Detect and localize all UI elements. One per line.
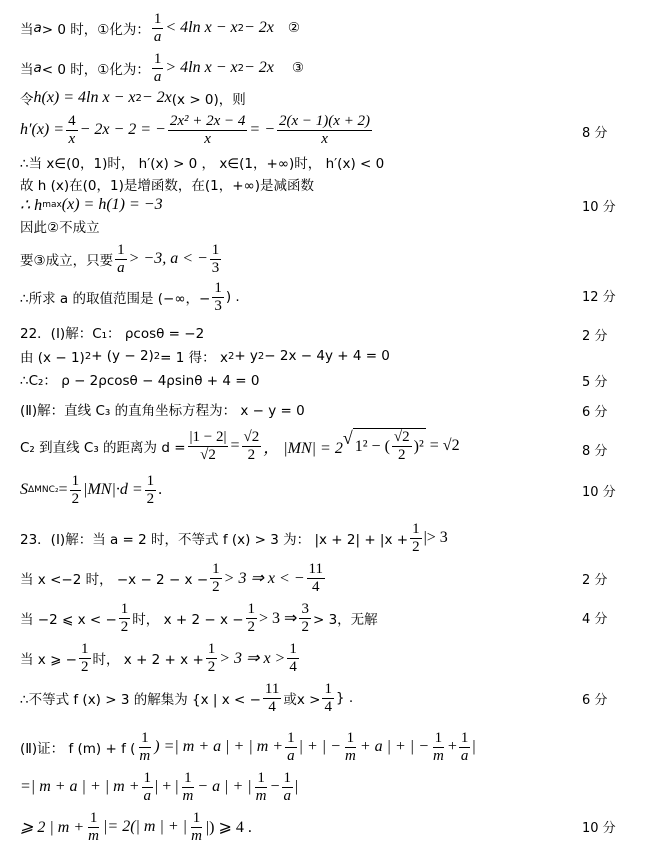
score-label: 2 分 xyxy=(582,325,607,344)
math: 1² − ( xyxy=(355,438,390,456)
math: − 2x xyxy=(142,89,172,107)
score-label: 8 分 xyxy=(582,122,607,141)
math: > 3 ⇒ x > xyxy=(219,648,285,668)
text: < 0 时，①化为： xyxy=(42,58,150,78)
denominator: a xyxy=(459,748,471,765)
numerator: 1 xyxy=(255,770,267,788)
fraction: √2 2 xyxy=(392,429,412,464)
text: 23．(Ⅰ)解：当 a = 2 时，不等式 f (x) > 3 为： |x + … xyxy=(20,528,408,548)
text: 故 h (x)在(0，1)是增函数，在(1，+∞)是减函数 xyxy=(20,174,314,194)
fraction: 1 2 xyxy=(70,473,82,508)
denominator: a xyxy=(115,260,127,277)
s23-line-4: 当 x ⩾ − 1 2 时， x + 2 + x + 1 2 > 3 ⇒ x >… xyxy=(20,646,301,670)
s22-line-1: 22．(Ⅰ)解：C₁： ρcosθ = −2 xyxy=(20,320,204,344)
score-label: 6 分 xyxy=(582,401,607,420)
text: C₂ 到直线 C₃ 的距离为 d = xyxy=(20,436,186,456)
numerator: 1 xyxy=(142,770,154,788)
s22-line-6: SΔMNC₂ = 1 2 |MN|·d = 1 2 . xyxy=(20,478,162,502)
score-label: 12 分 xyxy=(582,286,616,305)
s21-line-5: ∴当 x∈(0，1)时， h′(x) > 0 ， x∈(1，+∞)时， h′(x… xyxy=(20,150,384,174)
numerator: 11 xyxy=(307,561,325,579)
denominator: 2 xyxy=(206,659,218,676)
denominator: m xyxy=(86,828,101,845)
denominator: m xyxy=(180,788,195,805)
fraction: 1 2 xyxy=(119,601,131,636)
denominator: a xyxy=(152,29,164,46)
denominator: √2 xyxy=(198,447,218,464)
numerator: 11 xyxy=(263,681,281,699)
text: 当 xyxy=(20,58,34,78)
fraction: 1 m xyxy=(137,730,152,765)
math: + a | + | − xyxy=(360,738,429,756)
numerator: 1 xyxy=(322,681,334,699)
denominator: a xyxy=(152,69,164,86)
text: 当 −2 ⩽ x < − xyxy=(20,608,117,628)
text: (x > 0)，则 xyxy=(172,88,246,108)
text: ) . xyxy=(226,289,240,305)
denominator: 2 xyxy=(410,539,422,556)
s22-line-5: C₂ 到直线 C₃ 的距离为 d = |1 − 2| √2 = √2 2 ， |… xyxy=(20,434,460,458)
numerator: 4 xyxy=(66,113,78,131)
denominator: m xyxy=(343,748,358,765)
numerator: 1 xyxy=(206,641,218,659)
math: h(x) = 4ln x − x xyxy=(34,89,136,107)
numerator: 1 xyxy=(282,770,294,788)
s23-line-8: ⩾ 2 | m + 1 m |= 2(| m | + | 1 m |) ⩾ 4 … xyxy=(20,815,252,839)
fraction: 1 a xyxy=(142,770,154,805)
math: |) ⩾ 4 . xyxy=(206,817,252,837)
square-root: √ 1² − ( √2 2 )² xyxy=(343,428,426,464)
denominator: 2 xyxy=(145,491,157,508)
numerator: 1 xyxy=(182,770,194,788)
numerator: 1 xyxy=(139,730,151,748)
numerator: 1 xyxy=(246,601,258,619)
numerator: √2 xyxy=(392,429,412,447)
score-label: 2 分 xyxy=(582,569,607,588)
math: ， |MN| = 2 xyxy=(263,435,343,458)
math: = xyxy=(59,481,68,499)
fraction: 4 x xyxy=(66,113,78,148)
s23-line-3: 当 −2 ⩽ x < − 1 2 时， x + 2 − x − 1 2 > 3 … xyxy=(20,606,378,630)
fraction: 1 a xyxy=(459,730,471,765)
text: 时， x + 2 − x − xyxy=(132,608,243,628)
math: − a | + | xyxy=(197,778,251,796)
numerator: 1 xyxy=(70,473,82,491)
text: > 0 时，①化为： xyxy=(42,18,150,38)
denominator: 2 xyxy=(79,659,91,676)
fraction: 2(x − 1)(x + 2) x xyxy=(277,113,372,148)
score-label: 10 分 xyxy=(582,196,616,215)
score-label: 4 分 xyxy=(582,608,607,627)
numerator: 1 xyxy=(191,810,203,828)
denominator: m xyxy=(189,828,204,845)
fraction: 11 4 xyxy=(307,561,325,596)
fraction: 1 m xyxy=(254,770,269,805)
text: 当 xyxy=(20,18,34,38)
math: | xyxy=(295,778,298,796)
text: ∴C₂： ρ − 2ρcosθ − 4ρsinθ + 4 = 0 xyxy=(20,369,259,389)
math: − 2x − 2 = − xyxy=(80,121,166,139)
math: |> 3 xyxy=(424,529,448,547)
math: )² xyxy=(414,438,424,456)
s22-line-4: (Ⅱ)解：直线 C₃ 的直角坐标方程为： x − y = 0 xyxy=(20,397,305,421)
numerator: 1 xyxy=(433,730,445,748)
fraction: 1 m xyxy=(189,810,204,845)
equation-tag: ③ xyxy=(292,60,304,76)
numerator: 1 xyxy=(119,601,131,619)
numerator: 1 xyxy=(115,242,127,260)
denominator: 2 xyxy=(246,619,258,636)
math: | + | − xyxy=(299,738,341,756)
s22-line-2: 由 (x − 1)2 + (y − 2)2 = 1 得： x2 + y2 − 2… xyxy=(20,344,390,368)
fraction: 11 4 xyxy=(263,681,281,716)
denominator: 2 xyxy=(396,447,408,464)
denominator: m xyxy=(431,748,446,765)
text: 22．(Ⅰ)解：C₁： ρcosθ = −2 xyxy=(20,322,204,342)
text: = 1 得： x xyxy=(160,346,228,366)
text: 因此②不成立 xyxy=(20,216,100,236)
fraction: 1 m xyxy=(431,730,446,765)
text: 当 x ⩾ − xyxy=(20,648,77,668)
fraction: 1 a xyxy=(152,51,164,86)
text: 要③成立，只要 xyxy=(20,249,113,269)
score-label: 5 分 xyxy=(582,371,607,390)
numerator: 1 xyxy=(345,730,357,748)
text: + (y − 2) xyxy=(91,348,154,364)
math: h′(x) = xyxy=(20,121,64,139)
fraction: 1 a xyxy=(115,242,127,277)
denominator: x xyxy=(202,131,213,148)
math: |= 2(| m | + | xyxy=(103,818,187,836)
text: 由 (x − 1) xyxy=(20,346,85,366)
numerator: √2 xyxy=(242,429,262,447)
numerator: 1 xyxy=(287,641,299,659)
numerator: |1 − 2| xyxy=(188,429,229,447)
radical-sign: √ xyxy=(343,428,353,464)
math: > −3, a < − xyxy=(129,250,208,268)
numerator: 1 xyxy=(210,561,222,579)
denominator: 4 xyxy=(310,579,322,596)
numerator: 2(x − 1)(x + 2) xyxy=(277,113,372,131)
fraction: √2 2 xyxy=(242,429,262,464)
s22-line-3: ∴C₂： ρ − 2ρcosθ − 4ρsinθ + 4 = 0 xyxy=(20,367,259,391)
s21-line-10: ∴所求 a 的取值范围是 (−∞，− 1 3 ) . xyxy=(20,285,240,309)
fraction: 1 m xyxy=(180,770,195,805)
math: ∴ h xyxy=(20,195,42,215)
denominator: x xyxy=(319,131,330,148)
score-label: 10 分 xyxy=(582,817,616,836)
math: (x) = h(1) = −3 xyxy=(62,196,163,214)
s21-line-8: 因此②不成立 xyxy=(20,214,100,238)
denominator: 2 xyxy=(70,491,82,508)
s23-line-6: (Ⅱ)证： f (m) + f ( 1 m ) =| m + a | + | m… xyxy=(20,735,476,759)
numerator: 1 xyxy=(88,810,100,828)
text: ∴所求 a 的取值范围是 (−∞，− xyxy=(20,287,210,307)
math: − 2x xyxy=(244,59,274,77)
fraction: 1 2 xyxy=(210,561,222,596)
fraction: 1 4 xyxy=(322,681,334,716)
math: ) =| m + a | + | m + xyxy=(154,738,283,756)
numerator: 1 xyxy=(285,730,297,748)
math: > 3 ⇒ xyxy=(259,608,297,628)
fraction: 1 a xyxy=(282,770,294,805)
denominator: x xyxy=(66,131,77,148)
sub: ΔMNC₂ xyxy=(28,485,59,495)
fraction: 1 2 xyxy=(206,641,218,676)
numerator: 1 xyxy=(152,11,164,29)
math: = − xyxy=(249,121,275,139)
text: > 3，无解 xyxy=(313,608,378,628)
fraction: 1 a xyxy=(285,730,297,765)
text: (Ⅱ)解：直线 C₃ 的直角坐标方程为： x − y = 0 xyxy=(20,399,305,419)
score-label: 10 分 xyxy=(582,481,616,500)
fraction: 2x² + 2x − 4 x xyxy=(168,113,248,148)
math: S xyxy=(20,481,28,499)
numerator: 1 xyxy=(145,473,157,491)
fraction: 1 2 xyxy=(145,473,157,508)
denominator: 3 xyxy=(210,260,222,277)
radicand: 1² − ( √2 2 )² xyxy=(353,428,426,464)
numerator: 1 xyxy=(212,280,224,298)
math: > 4ln x − x xyxy=(165,59,237,77)
denominator: m xyxy=(254,788,269,805)
numerator: 1 xyxy=(210,242,222,260)
denominator: 2 xyxy=(210,579,222,596)
math: | xyxy=(472,738,475,756)
math: − 2x xyxy=(244,19,274,37)
s21-line-2: 当 a < 0 时，①化为： 1 a > 4ln x − x2 − 2x ③ xyxy=(20,56,304,80)
math: > 3 ⇒ x < − xyxy=(224,568,305,588)
math: ⩾ 2 | m + xyxy=(20,817,84,837)
fraction: |1 − 2| √2 xyxy=(188,429,229,464)
s21-line-4: h′(x) = 4 x − 2x − 2 = − 2x² + 2x − 4 x … xyxy=(20,118,374,142)
denominator: 4 xyxy=(266,699,278,716)
denominator: 2 xyxy=(299,619,311,636)
s21-line-9: 要③成立，只要 1 a > −3, a < − 1 3 xyxy=(20,247,223,271)
var: a xyxy=(34,60,42,76)
text: + y xyxy=(234,348,258,364)
denominator: a xyxy=(285,748,297,765)
denominator: m xyxy=(137,748,152,765)
s21-line-1: 当 a > 0 时，①化为： 1 a < 4ln x − x2 − 2x ② xyxy=(20,16,300,40)
text: ∴不等式 f (x) > 3 的解集为 {x | x < − xyxy=(20,688,261,708)
text: (Ⅱ)证： f (m) + f ( xyxy=(20,737,135,757)
fraction: 1 m xyxy=(86,810,101,845)
numerator: 3 xyxy=(299,601,311,619)
text: 时， x + 2 + x + xyxy=(93,648,204,668)
math: . xyxy=(158,481,162,499)
fraction: 1 4 xyxy=(287,641,299,676)
sub: max xyxy=(42,200,62,210)
text: 当 x <−2 时， −x − 2 − x − xyxy=(20,568,208,588)
s23-line-7: =| m + a | + | m + 1 a | + | 1 m − a | +… xyxy=(20,775,298,799)
fraction: 3 2 xyxy=(299,601,311,636)
var: a xyxy=(34,20,42,36)
math: + xyxy=(448,738,457,756)
text: 令 xyxy=(20,88,34,108)
math: = √2 xyxy=(430,437,460,455)
denominator: 2 xyxy=(246,447,258,464)
s23-line-5: ∴不等式 f (x) > 3 的解集为 {x | x < − 11 4 或x >… xyxy=(20,686,353,710)
math: |MN|·d = xyxy=(83,481,143,499)
text: 或x > xyxy=(283,688,320,708)
math: − xyxy=(271,778,280,796)
numerator: 2x² + 2x − 4 xyxy=(168,113,248,131)
fraction: 1 3 xyxy=(210,242,222,277)
denominator: 4 xyxy=(287,659,299,676)
s23-line-1: 23．(Ⅰ)解：当 a = 2 时，不等式 f (x) > 3 为： |x + … xyxy=(20,526,448,550)
fraction: 1 a xyxy=(152,11,164,46)
equation-tag: ② xyxy=(288,20,300,36)
numerator: 1 xyxy=(79,641,91,659)
text: ∴当 x∈(0，1)时， h′(x) > 0 ， x∈(1，+∞)时， h′(x… xyxy=(20,152,384,172)
fraction: 1 m xyxy=(343,730,358,765)
fraction: 1 2 xyxy=(79,641,91,676)
fraction: 1 3 xyxy=(212,280,224,315)
fraction: 1 2 xyxy=(410,521,422,556)
denominator: 2 xyxy=(119,619,131,636)
s21-line-3: 令 h(x) = 4ln x − x2 − 2x (x > 0)，则 xyxy=(20,86,246,110)
score-label: 8 分 xyxy=(582,440,607,459)
numerator: 1 xyxy=(410,521,422,539)
text: } . xyxy=(336,690,353,706)
numerator: 1 xyxy=(459,730,471,748)
math: < 4ln x − x xyxy=(165,19,237,37)
numerator: 1 xyxy=(152,51,164,69)
denominator: a xyxy=(282,788,294,805)
s23-line-2: 当 x <−2 时， −x − 2 − x − 1 2 > 3 ⇒ x < − … xyxy=(20,566,327,590)
text: − 2x − 4y + 4 = 0 xyxy=(264,348,390,364)
math: | + | xyxy=(155,778,178,796)
fraction: 1 2 xyxy=(246,601,258,636)
score-label: 6 分 xyxy=(582,689,607,708)
math: =| m + a | + | m + xyxy=(20,778,140,796)
denominator: 4 xyxy=(322,699,334,716)
denominator: a xyxy=(142,788,154,805)
denominator: 3 xyxy=(212,298,224,315)
math: = xyxy=(230,437,239,455)
